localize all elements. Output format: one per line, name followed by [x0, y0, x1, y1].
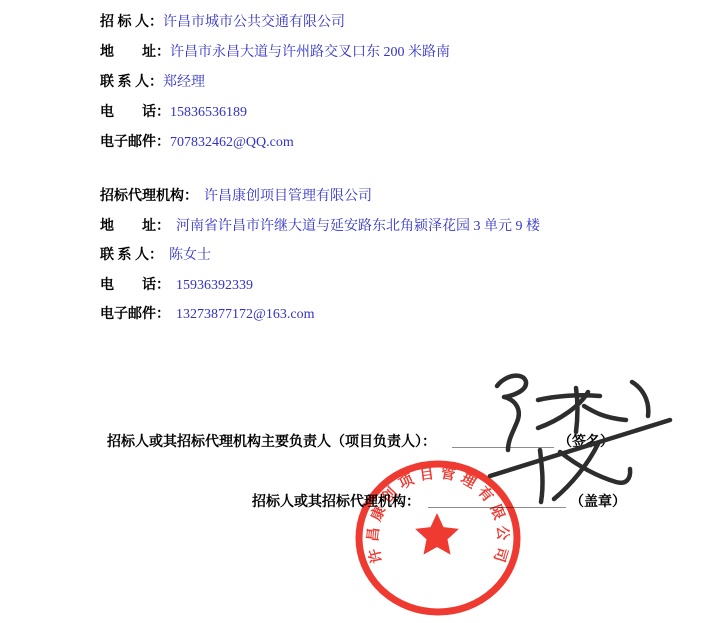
- tenderer-contact-value: 郑经理: [163, 75, 205, 90]
- agency-address-value: 河南省许昌市许继大道与延安路东北角颍泽花园 3 单元 9 楼: [170, 219, 540, 234]
- agency-contact-value: 陈女士: [163, 248, 211, 263]
- agency-phone-label: 电 话：: [100, 278, 170, 293]
- agency-name-value: 许昌康创项目管理有限公司: [198, 189, 372, 204]
- agency-email-value: 13273877172@163.com: [170, 307, 315, 322]
- agency-address-row: 地 址：河南省许昌市许继大道与延安路东北角颍泽花园 3 单元 9 楼: [100, 212, 540, 242]
- agency-phone-row: 电 话：15936392339: [100, 271, 540, 301]
- tenderer-contact-row: 联 系 人：郑经理: [100, 68, 450, 98]
- agency-contact-row: 联 系 人：陈女士: [100, 241, 540, 271]
- tenderer-phone-value: 15836536189: [170, 105, 247, 120]
- tender-document-page: 招 标 人：许昌市城市公共交通有限公司 地 址：许昌市永昌大道与许州路交叉口东 …: [0, 0, 706, 623]
- tenderer-email-label: 电子邮件：: [100, 135, 170, 150]
- seal-star-icon: [415, 513, 459, 555]
- agency-email-label: 电子邮件：: [100, 307, 170, 322]
- tenderer-phone-label: 电 话：: [100, 105, 170, 120]
- tenderer-name-row: 招 标 人：许昌市城市公共交通有限公司: [100, 8, 450, 38]
- tenderer-email-value: 707832462@QQ.com: [170, 135, 294, 150]
- project-leader-signature-label: 招标人或其招标代理机构主要负责人（项目负责人）：: [107, 435, 436, 450]
- agency-contact-label: 联 系 人：: [100, 248, 163, 263]
- agency-phone-value: 15936392339: [170, 278, 253, 293]
- tenderer-name-label: 招 标 人：: [100, 15, 163, 30]
- agency-name-row: 招标代理机构：许昌康创项目管理有限公司: [100, 182, 540, 212]
- tenderer-address-value: 许昌市永昌大道与许州路交叉口东 200 米路南: [170, 45, 450, 60]
- agency-address-label: 地 址：: [100, 219, 170, 234]
- tenderer-info-block: 招 标 人：许昌市城市公共交通有限公司 地 址：许昌市永昌大道与许州路交叉口东 …: [100, 8, 450, 158]
- tenderer-phone-row: 电 话：15836536189: [100, 98, 450, 128]
- tenderer-address-label: 地 址：: [100, 45, 170, 60]
- agency-name-label: 招标代理机构：: [100, 189, 198, 204]
- tenderer-address-row: 地 址：许昌市永昌大道与许州路交叉口东 200 米路南: [100, 38, 450, 68]
- tenderer-contact-label: 联 系 人：: [100, 75, 163, 90]
- agency-email-row: 电子邮件：13273877172@163.com: [100, 300, 540, 330]
- agency-info-block: 招标代理机构：许昌康创项目管理有限公司 地 址：河南省许昌市许继大道与延安路东北…: [100, 182, 540, 330]
- tenderer-name-value: 许昌市城市公共交通有限公司: [163, 15, 345, 30]
- handwritten-signature: [480, 372, 706, 512]
- tenderer-email-row: 电子邮件：707832462@QQ.com: [100, 128, 450, 158]
